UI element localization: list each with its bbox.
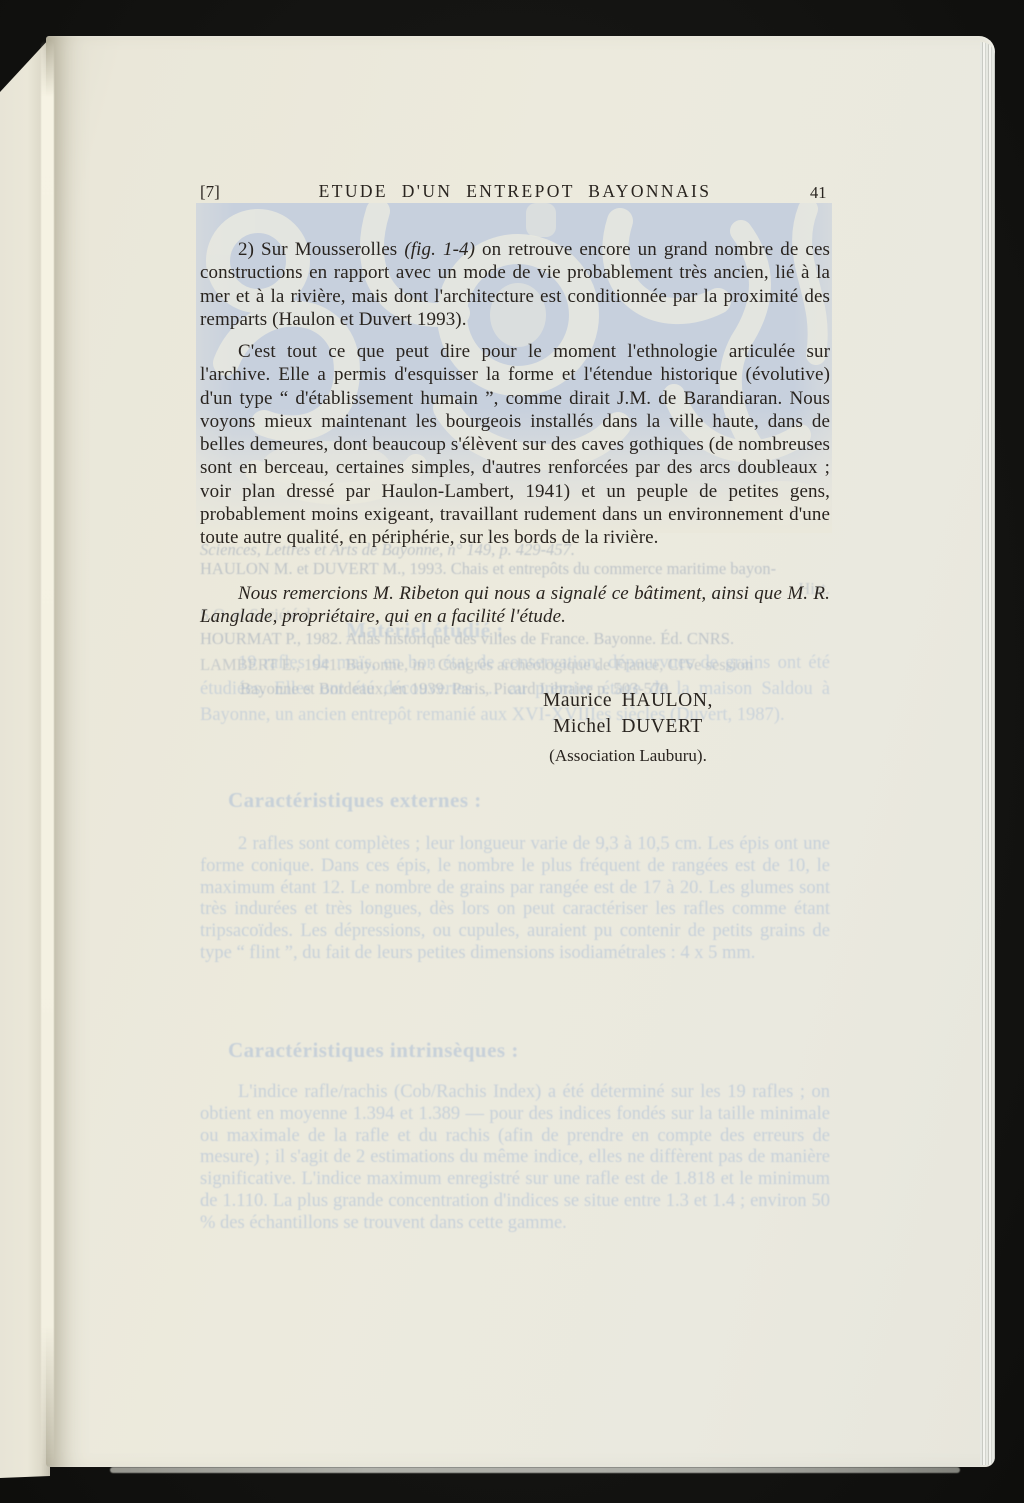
running-title: ETUDE D'UN ENTREPOT BAYONNAIS [200,181,830,202]
ghost-externes-heading: Caractéristiques externes : [228,788,858,813]
author-affiliation: (Association Lauburu). [418,746,838,766]
book-page: Sciences, Lettres et Arts de Bayonne, n°… [46,36,995,1467]
ghost-bibliography-line: HOURMAT P., 1982. Atlas historique des v… [200,629,830,649]
paragraph-mousserolles: 2) Sur Mousserolles (fig. 1-4) on retrou… [200,238,830,331]
page-number: 41 [810,183,827,203]
ghost-bibliography-line: HAULON M. et DUVERT M., 1993. Chais et e… [200,559,830,579]
bottom-page-edges [110,1467,960,1473]
scanned-book-photo: Sciences, Lettres et Arts de Bayonne, n°… [0,0,1024,1503]
author-name-1: Maurice HAULON, [418,688,838,714]
book-gutter-fold [41,40,54,1468]
ghost-intrinseques-heading: Caractéristiques intrinsèques : [228,1038,858,1063]
paragraph-text: 2) Sur Mousserolles [238,239,404,260]
figure-reference: (fig. 1-4) [404,239,475,260]
ghost-externes-paragraph: 2 rafles sont complètes ; leur longueur … [200,834,830,965]
ghost-bibliography-line: LAMBERT E., 1941. Bayonne, in : Congrès … [200,655,830,675]
page-stack-edge [980,42,995,1465]
author-name-2: Michel DUVERT [418,714,838,740]
signature-block: Maurice HAULON, Michel DUVERT (Associati… [418,688,838,766]
ghost-intrinseques-paragraph: L'indice rafle/rachis (Cob/Rachis Index)… [200,1082,830,1235]
paragraph-ethnologie: C'est tout ce que peut dire pour le mome… [200,340,830,550]
acknowledgment-note: Nous remercions M. Ribeton qui nous a si… [200,582,830,629]
